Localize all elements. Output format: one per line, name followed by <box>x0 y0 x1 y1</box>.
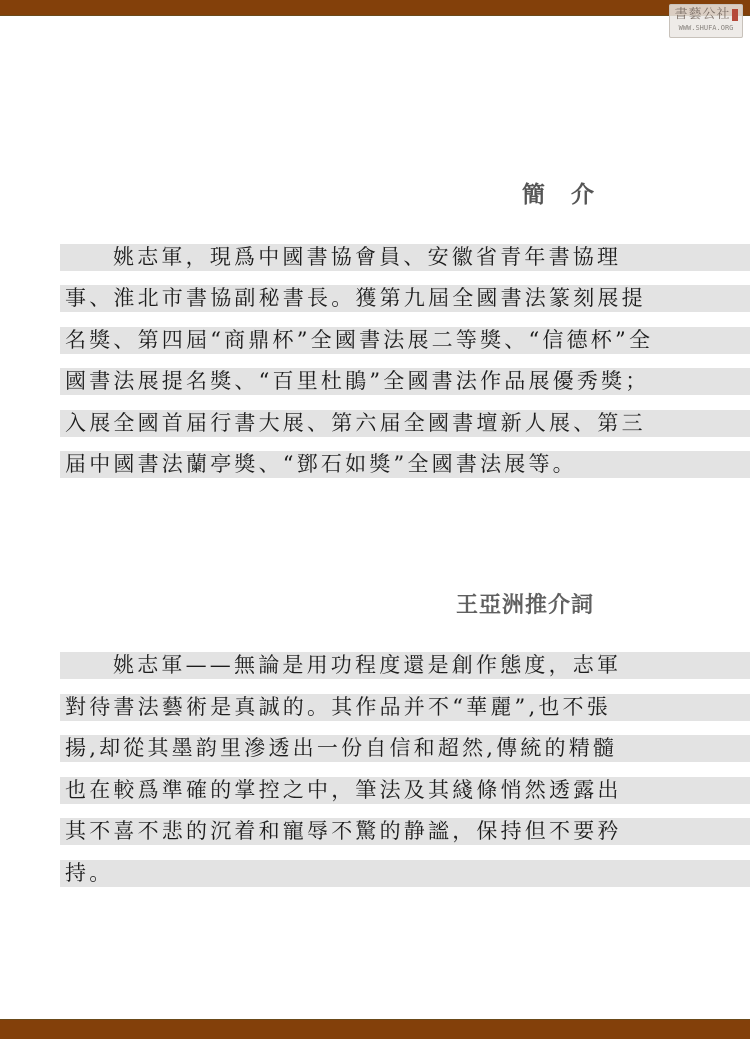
section-title-recommendation: 王亞洲推介詞 <box>456 588 594 619</box>
top-decorative-bar <box>0 0 750 16</box>
paragraph-line: 國書法展提名獎、“百里杜鵑”全國書法作品展優秀獎； <box>65 368 605 395</box>
bottom-decorative-bar <box>0 1019 750 1039</box>
paragraph-line: 姚志軍，現爲中國書協會員、安徽省青年書協理 <box>65 244 605 271</box>
seal-icon <box>732 9 738 21</box>
paragraph-line: 届中國書法蘭亭獎、“鄧石如獎”全國書法展等。 <box>65 451 605 478</box>
paragraph-line: 也在較爲準確的掌控之中，筆法及其綫條悄然透露出 <box>65 777 605 804</box>
paragraph-line: 對待書法藝術是真誠的。其作品并不“華麗”,也不張 <box>65 694 605 721</box>
paragraph-line: 其不喜不悲的沉着和寵辱不驚的静謐，保持但不要矜 <box>65 818 605 845</box>
paragraph-line: 姚志軍——無論是用功程度還是創作態度，志軍 <box>65 652 605 679</box>
paragraph-line: 持。 <box>65 860 605 887</box>
watermark-logo: 書藝公社 <box>670 7 742 23</box>
paragraph-line: 名獎、第四屆“商鼎杯”全國書法展二等獎、“信德杯”全 <box>65 327 605 354</box>
watermark-url: WWW.SHUFA.ORG <box>670 23 742 33</box>
paragraph-line: 揚,却從其墨韵里滲透出一份自信和超然,傳統的精髓 <box>65 735 605 762</box>
section-title-intro: 簡介 <box>522 176 620 209</box>
paragraph-line: 事、淮北市書協副秘書長。獲第九屆全國書法篆刻展提 <box>65 285 605 312</box>
paragraph-line: 入展全國首届行書大展、第六届全國書壇新人展、第三 <box>65 410 605 437</box>
watermark-logo-text: 書藝公社 <box>674 7 730 22</box>
watermark-badge: 書藝公社 WWW.SHUFA.ORG <box>669 4 743 38</box>
